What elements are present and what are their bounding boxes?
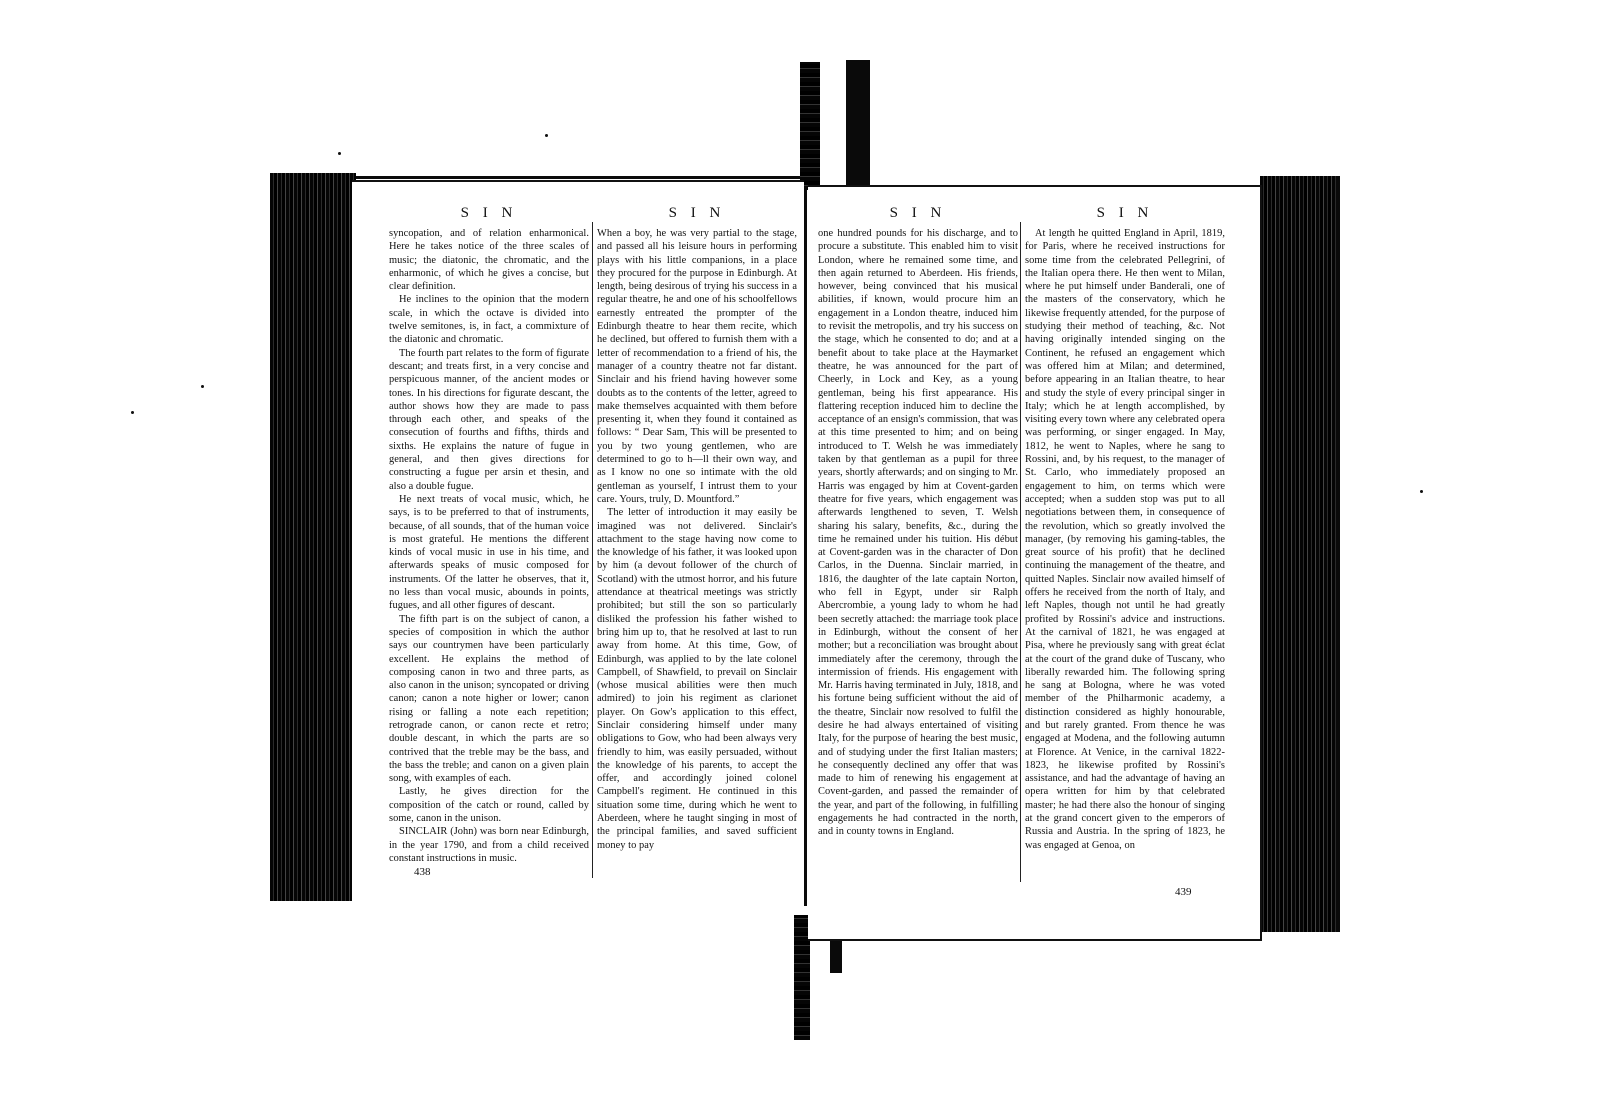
page-number-left: 438 <box>414 866 431 878</box>
paragraph: Lastly, he gives direction for the compo… <box>389 785 589 825</box>
right-page-column-2: S I N At length he quitted England in Ap… <box>1025 205 1225 852</box>
spine-top-binding-2 <box>846 60 870 188</box>
right-page-column-1: S I N one hundred pounds for his dischar… <box>818 205 1018 839</box>
left-page-column-1: S I N syncopation, and of relation enhar… <box>389 205 589 865</box>
spine-top-binding <box>800 62 820 190</box>
running-header: S I N <box>818 205 1018 221</box>
running-header: S I N <box>1025 205 1225 221</box>
left-cover-edge <box>270 173 356 901</box>
paragraph: He next treats of vocal music, which, he… <box>389 493 589 613</box>
page-number-right: 439 <box>1175 886 1192 898</box>
scan-speck <box>201 385 204 388</box>
left-cover-top-line <box>356 176 804 179</box>
right-cover-edge <box>1336 176 1340 932</box>
running-header: S I N <box>389 205 589 221</box>
entry-sinclair-john: SINCLAIR (John) was born near Edinburgh,… <box>389 825 589 865</box>
paragraph: The fifth part is on the subject of cano… <box>389 613 589 786</box>
column-rule-right-page <box>1020 222 1021 882</box>
scan-speck <box>338 152 341 155</box>
scan-speck <box>1420 490 1423 493</box>
paragraph: syncopation, and of relation enharmonica… <box>389 227 589 293</box>
paragraph: The letter of introduction it may easily… <box>597 506 797 852</box>
left-page-column-2: S I N When a boy, he was very partial to… <box>597 205 797 852</box>
spine-center-line <box>804 186 807 906</box>
paragraph: He inclines to the opinion that the mode… <box>389 293 589 346</box>
column-rule-left-page <box>592 222 593 878</box>
paragraph: The fourth part relates to the form of f… <box>389 347 589 493</box>
running-header: S I N <box>597 205 797 221</box>
scan-speck <box>545 134 548 137</box>
paragraph: one hundred pounds for his discharge, an… <box>818 227 1018 839</box>
scan-speck <box>131 411 134 414</box>
paragraph: At length he quitted England in April, 1… <box>1025 227 1225 852</box>
paragraph: When a boy, he was very partial to the s… <box>597 227 797 506</box>
right-fore-edge <box>1260 176 1336 932</box>
